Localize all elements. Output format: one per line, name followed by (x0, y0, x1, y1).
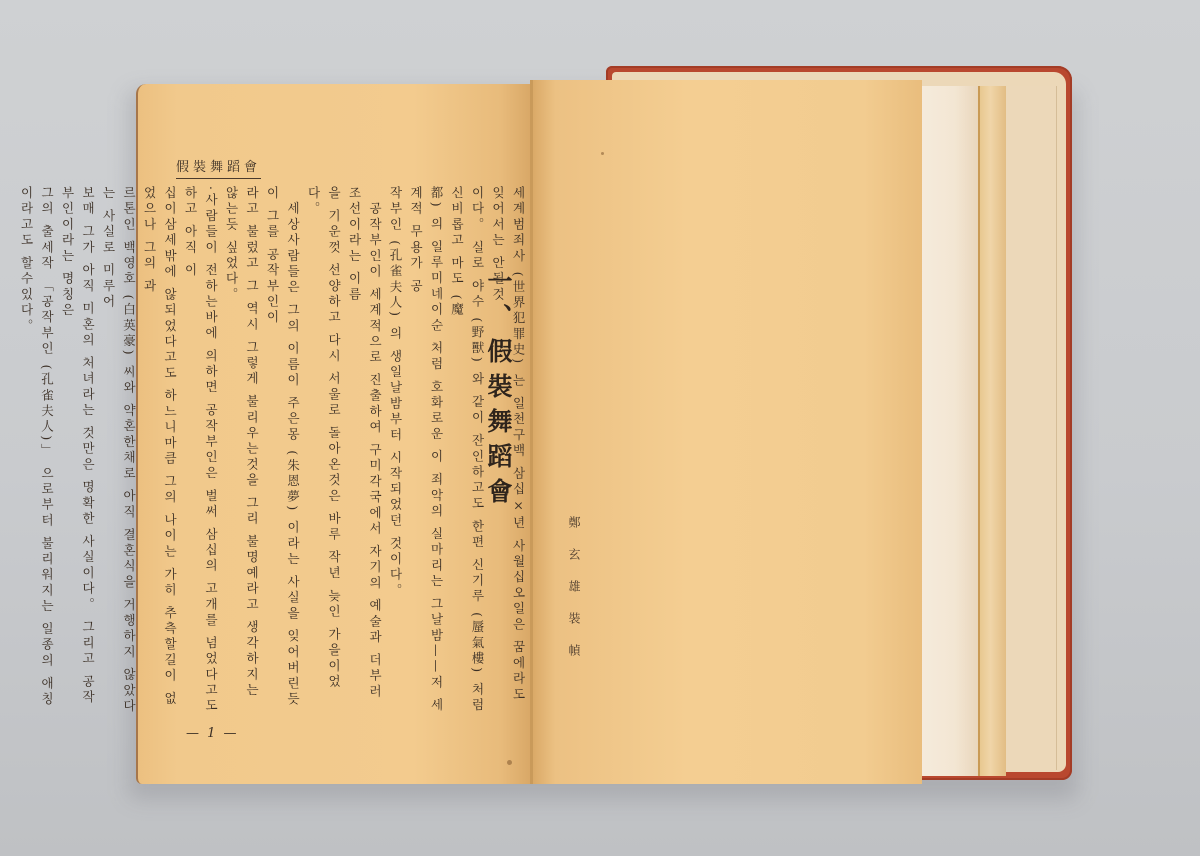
page-number: — 1 — (186, 726, 239, 741)
text-column: ·사람들이 전하는바에 의하면 공작부인은 벌써 삼십의 고개를 넘었다고도 하… (180, 186, 221, 716)
text-column: 을 기운껏 선양하고 다시 서울로 돌아온것은 바루 작년 늦인 가을이었다。 (303, 186, 344, 716)
text-column: 세상사람들은 그의 이름이 주은몽 (朱恩夢) 이라는 사실을 잊어버린듯이 그… (262, 186, 303, 716)
text-column: 르톤인 백영호 (白英豪) 씨와 약혼한채로 아직 결혼식을 거행하지 않았다는… (98, 186, 139, 716)
designer-credit: 鄭玄雄裝幀 (566, 516, 583, 676)
running-head: 假裝舞蹈會 (176, 156, 261, 179)
text-column: 공작부인이 세계적으로 진출하여 구미각국에서 자기의 예술과 더부러 조선이라… (344, 186, 385, 716)
text-column: 그의 출세작 「공작부인 (孔雀夫人)」 으로부터 불리워지는 일종의 애칭이라… (16, 186, 57, 716)
book-gutter (530, 80, 533, 784)
ink-stain (507, 760, 512, 765)
text-column: 십이삼세밖에 않되었다고도 하느니마큼 그의 나이는 가히 추측할길이 없었으나… (139, 186, 180, 716)
right-page (532, 80, 922, 784)
leaf-stack-tan (978, 86, 1006, 776)
text-column: 都) 의 일루미네이순 처럼 호화로운 이 죄악의 실마리는 그날밤——저 세계… (405, 186, 446, 716)
chapter-title: 一、假裝舞蹈會 (480, 268, 516, 513)
ink-stain (601, 152, 604, 155)
leaf-stack-white (920, 86, 978, 776)
text-column: 라고 불렀고 그 역시 그렇게 불리우는것을 그리 불명예라고 생각하지는 않는… (221, 186, 262, 716)
text-column: 작부인 (孔雀夫人) 의 생일날밤부터 시작되었던 것이다。 (385, 186, 406, 716)
text-column: 보매 그가 아직 미혼의 처녀라는 것만은 명확한 사실이다。 그리고 공작부인… (57, 186, 98, 716)
body-text: 세계범죄사 (世界犯罪史) 는 일천구백 삼십×년 사월십오일은 꿈에라도 잊어… (168, 186, 528, 716)
